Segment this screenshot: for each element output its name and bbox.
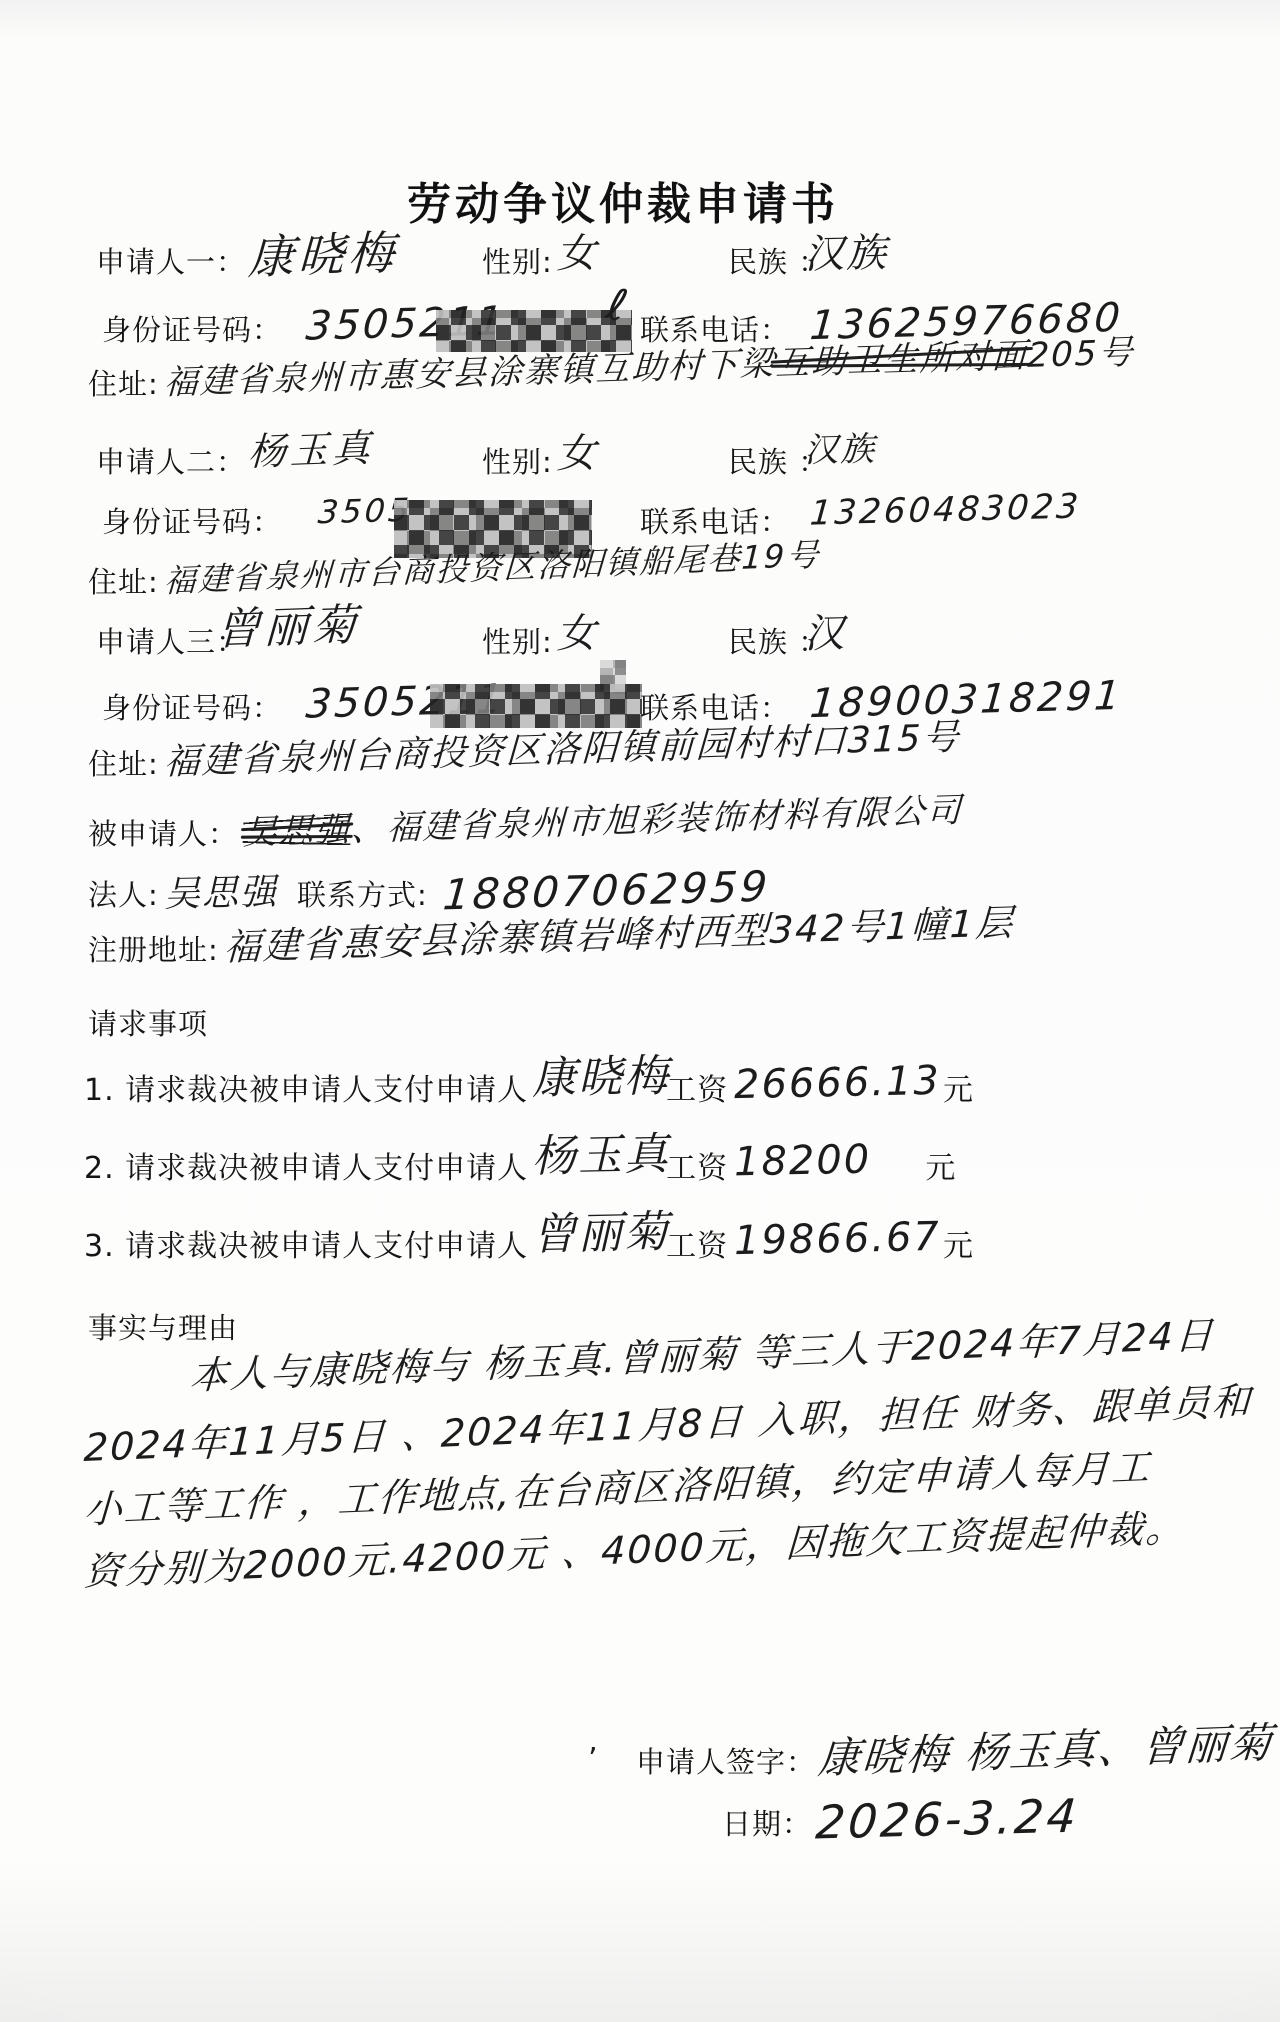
date-value: 2026-3.24 — [814, 1790, 1081, 1848]
struck-respondent-name: 吴思强 — [242, 810, 351, 853]
applicant3-name: 曾丽菊 — [215, 601, 361, 655]
gender-label: 性别: — [482, 440, 553, 481]
applicant2-gender: 女 — [556, 432, 599, 477]
yuan-unit: 元 — [943, 1073, 974, 1108]
address-label: 住址: — [88, 367, 159, 401]
respondent-value: 吴思强、福建省泉州市旭彩装饰材料有限公司 — [242, 792, 963, 852]
page-title: 劳动争议仲裁申请书 — [0, 168, 1246, 232]
claim-amount: 26666.13 — [734, 1059, 942, 1107]
registered-address-label: 注册地址: — [88, 933, 219, 967]
wage-label: 工资 — [666, 1073, 728, 1108]
pixelated-id-block — [430, 684, 642, 728]
claim-applicant-name: 曾丽菊 — [532, 1209, 671, 1260]
struck-address-text: 互助卫生所对面 — [775, 336, 1028, 384]
legal-person-row: 法人: 吴思强 联系方式: 18807062959 — [88, 868, 1238, 914]
applicant2-ethnicity: 汉族 — [804, 431, 877, 470]
claim-item-3: 3. 请求裁决被申请人支付申请人曾丽菊工资19866.67元 — [84, 1218, 1234, 1266]
gender-label: 性别: — [482, 240, 553, 281]
signature-label: 申请人签字： — [636, 1740, 816, 1781]
applicant1-ethnicity: 汉族 — [804, 231, 889, 277]
applicant3-address-row: 住址: 福建省泉州台商投资区洛阳镇前园村村口315号 — [88, 742, 1238, 783]
claim-amount: 19866.67 — [734, 1215, 942, 1263]
claims-heading: 请求事项 — [88, 1007, 208, 1041]
phone-label: 联系电话： — [640, 308, 790, 349]
claim-item-2: 2. 请求裁决被申请人支付申请人杨玉真工资18200元 — [84, 1140, 1234, 1188]
claim-amount: 18200 — [734, 1138, 872, 1185]
applicant-signatures: 康晓梅 杨玉真、曾丽菊 — [817, 1720, 1275, 1782]
id-number-label: 身份证号码： — [102, 686, 282, 727]
applicant2-phone: 13260483023 — [809, 488, 1083, 533]
yuan-unit: 元 — [943, 1229, 974, 1264]
applicant1-label: 申请人一： — [96, 240, 246, 281]
facts-heading: 事实与理由 — [88, 1311, 238, 1345]
legal-person-name: 吴思强 — [163, 873, 278, 915]
address-label: 住址: — [88, 747, 159, 781]
yuan-unit: 元 — [925, 1151, 956, 1186]
applicant1-gender: 女 — [556, 232, 599, 277]
claim-applicant-name: 康晓梅 — [532, 1053, 671, 1104]
respondent-row: 被申请人： 吴思强、福建省泉州市旭彩装饰材料有限公司 — [88, 812, 1238, 853]
applicant2-label: 申请人二： — [96, 440, 246, 481]
claim-applicant-name: 杨玉真 — [532, 1131, 671, 1182]
applicant3-phone: 18900318291 — [808, 674, 1124, 726]
applicant3-gender: 女 — [556, 612, 599, 657]
arbitration-application-document: 劳动争议仲裁申请书 申请人一： 康晓梅 性别: 女 民族 ： 汉族 身份证号码：… — [0, 0, 1280, 2022]
registered-address-row: 注册地址: 福建省惠安县涂寨镇岩峰村西型342号1幢1层 — [88, 928, 1238, 969]
claim-item-1: 1. 请求裁决被申请人支付申请人康晓梅工资26666.13元 — [84, 1062, 1234, 1110]
gender-label: 性别: — [482, 620, 553, 661]
facts-line-4: 资分别为2000元.4200元 、4000元，因拖欠工资提起仲裁。 — [84, 1552, 1234, 1594]
applicant1-address-row: 住址: 福建省泉州市惠安县涂寨镇互助村下梁互助卫生所对面205号 — [88, 362, 1238, 403]
claim-prefix: 3. 请求裁决被申请人支付申请人 — [84, 1229, 528, 1264]
claim-prefix: 2. 请求裁决被申请人支付申请人 — [84, 1151, 528, 1186]
applicant2-address-row: 住址: 福建省泉州市台商投资区洛阳镇船尾巷19号 — [88, 560, 1238, 601]
applicant2-name: 杨玉真 — [247, 428, 374, 474]
pixelated-id-block — [436, 310, 632, 352]
applicant3-ethnicity: 汉 — [804, 612, 847, 657]
respondent-company: 福建省泉州市旭彩装饰材料有限公司 — [386, 790, 963, 848]
wage-label: 工资 — [666, 1229, 728, 1264]
id-number-label: 身份证号码： — [102, 308, 282, 349]
contact-method-label: 联系方式: — [297, 878, 428, 912]
wage-label: 工资 — [666, 1151, 728, 1186]
applicant1-name: 康晓梅 — [247, 227, 399, 283]
address-label: 住址: — [88, 565, 159, 599]
date-label: 日期： — [722, 1802, 812, 1843]
claim-prefix: 1. 请求裁决被申请人支付申请人 — [84, 1073, 528, 1108]
stray-mark: ’ — [588, 1742, 598, 1777]
respondent-label: 被申请人： — [88, 817, 238, 851]
claims-heading-row: 请求事项 — [88, 1002, 1238, 1043]
legal-person-label: 法人: — [88, 878, 159, 912]
phone-label: 联系电话： — [640, 500, 790, 541]
phone-label: 联系电话： — [640, 686, 790, 727]
id-number-label: 身份证号码： — [102, 500, 282, 541]
